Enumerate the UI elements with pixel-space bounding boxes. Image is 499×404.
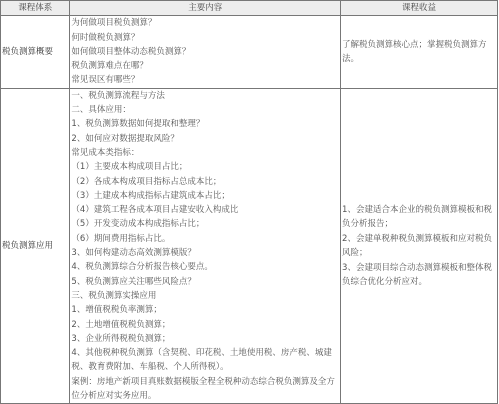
content-line: 常见成本类指标： [71, 146, 339, 160]
course-system-cell: 税负测算应用 [1, 88, 70, 358]
content-line: （1）主要成本构成项目占比； [71, 160, 339, 174]
content-line: （2）各成本构成项目指标占总成本比； [71, 175, 339, 189]
table-row: 税负测算应用 一、税负测算流程与方法 二、具体应用： 1、税负测算数据如何提取和… [1, 88, 498, 358]
course-benefit-cell: 1、会建适合本企业的税负测算模板和税负分析报告； 2、会建单税种税负测算模板和应… [341, 88, 498, 358]
benefit-line: 1、会建适合本企业的税负测算模板和税负分析报告； [342, 203, 496, 232]
content-line: 常见误区有哪些？ [71, 73, 339, 87]
header-course-benefit: 课程收益 [341, 1, 498, 16]
content-line: 何时做税负测算？ [71, 31, 339, 45]
header-course-system: 课程体系 [1, 1, 70, 16]
content-line: 4、其他税种税负测算（含契税、印花税、土地使用税、房产税、城建税、教育费附加、车… [71, 346, 339, 358]
course-table: 课程体系 主要内容 课程收益 税负测算概要 为何做项目税负测算？ 何时做税负测算… [0, 0, 498, 358]
content-line: 二、具体应用： [71, 103, 339, 117]
content-line: 2、土地增值税税负测算； [71, 318, 339, 332]
content-line: （5）开发变动成本构成指标占比； [71, 217, 339, 231]
header-main-content: 主要内容 [70, 1, 341, 16]
content-line: 5、税负测算应关注哪些风险点？ [71, 275, 339, 289]
content-line: （4）建筑工程各成本项目占建安收入构成比 [71, 203, 339, 217]
content-line: （6）期间费用指标占比。 [71, 232, 339, 246]
course-system-cell: 税负测算概要 [1, 16, 70, 88]
header-row: 课程体系 主要内容 课程收益 [1, 1, 498, 16]
content-line: 三、税负测算实操应用 [71, 289, 339, 303]
table-row: 税负测算概要 为何做项目税负测算？ 何时做税负测算？ 如何做项目整体动态税负测算… [1, 16, 498, 88]
benefit-line: 了解税负测算核心点；掌握税负测算方法。 [342, 40, 487, 65]
benefit-line: 2、会建单税种税负测算模板和应对税负风险； [342, 232, 496, 261]
main-content-cell: 为何做项目税负测算？ 何时做税负测算？ 如何做项目整体动态税负测算？ 税负测算难… [70, 16, 341, 88]
content-line: 2、如何应对数据提取风险？ [71, 132, 339, 146]
main-content-cell: 一、税负测算流程与方法 二、具体应用： 1、税负测算数据如何提取和整理？ 2、如… [70, 88, 341, 358]
content-line: 一、税负测算流程与方法 [71, 89, 339, 103]
content-line: 3、企业所得税税负测算； [71, 332, 339, 346]
content-line: 1、税负测算数据如何提取和整理？ [71, 117, 339, 131]
benefit-line: 3、会建项目综合动态测算模板和整体税负综合优化分析应对。 [342, 261, 496, 290]
content-line: （3）土建成本构成指标占建筑成本占比； [71, 189, 339, 203]
content-line: 3、如何构建动态高效测算模版？ [71, 246, 339, 260]
content-line: 为何做项目税负测算？ [71, 16, 339, 30]
content-line: 如何做项目整体动态税负测算？ [71, 45, 339, 59]
content-line: 4、税负测算综合分析报告核心要点。 [71, 260, 339, 274]
course-benefit-cell: 了解税负测算核心点；掌握税负测算方法。 [341, 16, 498, 88]
content-line: 税负测算难点在哪？ [71, 59, 339, 73]
content-line: 1、增值税税负率测算； [71, 303, 339, 317]
